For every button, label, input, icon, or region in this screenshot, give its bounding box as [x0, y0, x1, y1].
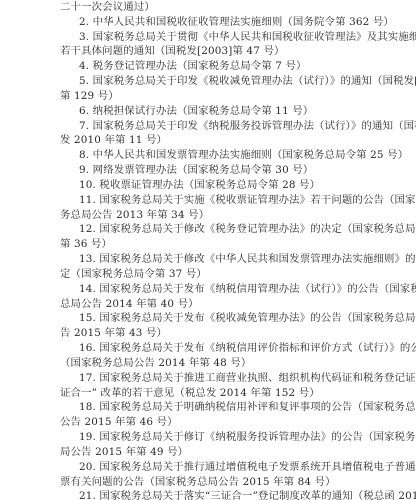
document-line: 总局公告 2014 年第 40 号）	[60, 297, 360, 312]
document-line: 20. 国家税务总局关于推行通过增值税电子发票系统开具增值税电子普通发	[60, 460, 360, 475]
document-line: 票有关问题的公告（国家税务总局公告 2015 年第 84 号）	[60, 475, 360, 490]
document-line: 发 2010 年第 11 号）	[60, 133, 360, 148]
document-line: 13. 国家税务总局关于修改《中华人民共和国发票管理办法实施细则》的决	[60, 252, 360, 267]
document-line: 12. 国家税务总局关于修改《税务登记管理办法》的决定（国家税务总局令	[60, 222, 360, 237]
document-line: 2. 中华人民共和国税收征收管理法实施细则（国务院令第 362 号）	[60, 15, 360, 30]
document-line: 务总局公告 2013 年第 34 号）	[60, 208, 360, 223]
document-line: 6. 纳税担保试行办法（国家税务总局令第 11 号）	[60, 104, 360, 119]
document-line: 5. 国家税务总局关于印发《税收减免管理办法（试行）》的通知（国税发[2005]	[60, 74, 360, 89]
document-page: 二十一次会议通过）2. 中华人民共和国税收征收管理法实施细则（国务院令第 362…	[60, 0, 360, 500]
document-line: 18. 国家税务总局关于明确纳税信用补评和复评事项的公告（国家税务总局	[60, 400, 360, 415]
document-line: 告 2015 年第 43 号）	[60, 326, 360, 341]
document-line: 公告 2015 年第 46 号）	[60, 415, 360, 430]
document-line: 3. 国家税务总局关于贯彻《中华人民共和国税收征收管理法》及其实施细则	[60, 30, 360, 45]
document-line: 19. 国家税务总局关于修订《纳税服务投诉管理办法》的公告（国家税务总	[60, 430, 360, 445]
document-line: 若干具体问题的通知（国税发[2003]第 47 号）	[60, 44, 360, 59]
document-line: 二十一次会议通过）	[60, 0, 360, 15]
document-line: 定（国家税务总局令第 37 号）	[60, 267, 360, 282]
document-line: （国家税务总局公告 2014 年第 48 号）	[60, 356, 360, 371]
document-line: 9. 网络发票管理办法（国家税务总局令第 30 号）	[60, 163, 360, 178]
document-line: 第 36 号）	[60, 237, 360, 252]
document-line: 16. 国家税务总局关于发布《纳税信用评价指标和评价方式（试行）》的公告	[60, 341, 360, 356]
document-line: 11. 国家税务总局关于实施《税收票证管理办法》若干问题的公告（国家税	[60, 193, 360, 208]
document-line: 15. 国家税务总局关于发布《税收减免管理办法》的公告（国家税务总局公	[60, 311, 360, 326]
document-line: 7. 国家税务总局关于印发《纳税服务投诉管理办法（试行）》的通知（国税	[60, 119, 360, 134]
document-line: 8. 中华人民共和国发票管理办法实施细则（国家税务总局令第 25 号）	[60, 148, 360, 163]
document-line: 14. 国家税务总局关于发布《纳税信用管理办法（试行）》的公告（国家税务	[60, 282, 360, 297]
document-line: 证合一” 改革的若干意见（税总发 2014 年第 152 号）	[60, 386, 360, 401]
document-line: 21. 国家税务总局关于落实“三证合一”登记制度改革的通知（税总函 2015	[60, 489, 360, 500]
document-line: 局公告 2015 年第 49 号）	[60, 445, 360, 460]
document-line: 10. 税收票证管理办法（国家税务总局令第 28 号）	[60, 178, 360, 193]
document-line: 4. 税务登记管理办法（国家税务总局令第 7 号）	[60, 59, 360, 74]
document-line: 17. 国家税务总局关于推进工商营业执照、组织机构代码证和税务登记证“三	[60, 371, 360, 386]
document-line: 第 129 号）	[60, 89, 360, 104]
